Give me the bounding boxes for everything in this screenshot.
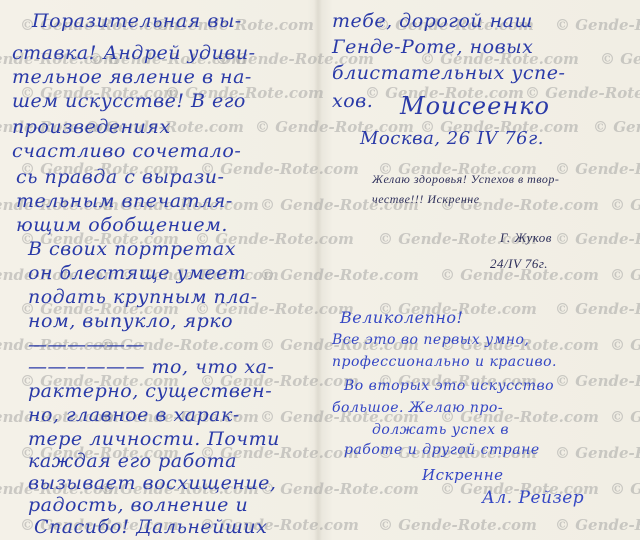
note-signature: Ал. Рейзер	[482, 488, 584, 508]
handwritten-line: он блестяще умеет	[28, 262, 246, 284]
letter-scan: © Gende-Rote.com © Gende-Rote.com © Gend…	[0, 0, 640, 540]
left-page: Поразительная вы- ставка! Андрей удиви- …	[0, 0, 318, 540]
signature: Моисеенко	[400, 92, 550, 120]
handwritten-line: тере личности. Почти	[28, 428, 280, 450]
struck-out-line: ——————	[28, 334, 145, 356]
handwritten-line: Поразительная вы-	[32, 10, 242, 32]
note-line: работе и другой стране	[344, 442, 540, 458]
handwritten-line: каждая его работа	[28, 450, 237, 472]
handwritten-line: ном, выпукло, ярко	[28, 310, 233, 332]
handwritten-line: —————— то, что ха-	[28, 356, 274, 378]
note-line: Великолепно!	[340, 308, 463, 327]
note-signature: Г. Жуков	[500, 230, 552, 246]
handwritten-line: В своих портретах	[28, 238, 236, 260]
note-closing: Искренне	[422, 466, 504, 484]
note-date: 24/IV 76г.	[490, 256, 548, 272]
handwritten-line: тельным впечатля-	[16, 190, 233, 212]
handwritten-line: ставка! Андрей удиви-	[12, 42, 256, 64]
handwritten-line: вызывает восхищение,	[28, 472, 276, 494]
handwritten-line: ющим обобщением.	[16, 214, 228, 236]
handwritten-line: радость, волнение и	[28, 494, 248, 516]
handwritten-line: Гендe-Роте, новых	[332, 36, 533, 58]
note-line: Все это во первых умно,	[332, 332, 529, 348]
place-date: Москва, 26 IV 76г.	[360, 128, 544, 149]
handwritten-line: подать крупным пла-	[28, 286, 258, 308]
handwritten-line: рактерно, существен-	[28, 380, 272, 402]
right-page: тебе, дорогой наш Гендe-Роте, новых блис…	[322, 0, 640, 540]
handwritten-line: счастливо сочетало-	[12, 140, 241, 162]
note-line: большое. Желаю про-	[332, 400, 503, 416]
note-line: профессионально и красиво.	[332, 354, 557, 370]
handwritten-line: хов.	[332, 90, 373, 112]
handwritten-line: но, главное в харак-	[28, 404, 240, 426]
handwritten-line: шем искусстве! В его	[12, 90, 246, 112]
note-line: Во вторых это искусство	[344, 378, 554, 394]
handwritten-line: Спасибо! Дальнейших	[34, 516, 267, 538]
handwritten-line: тельное явление в на-	[12, 66, 252, 88]
note-line: Желаю здоровья! Успехов в твор-	[372, 172, 559, 187]
note-line: должать успех в	[372, 422, 509, 438]
note-line: честве!!! Искренне	[372, 192, 480, 207]
handwritten-line: тебе, дорогой наш	[332, 10, 533, 32]
handwritten-line: произведениях	[12, 116, 171, 138]
handwritten-line: блистательных успе-	[332, 62, 565, 84]
handwritten-line: сь правда с вырази-	[16, 166, 224, 188]
